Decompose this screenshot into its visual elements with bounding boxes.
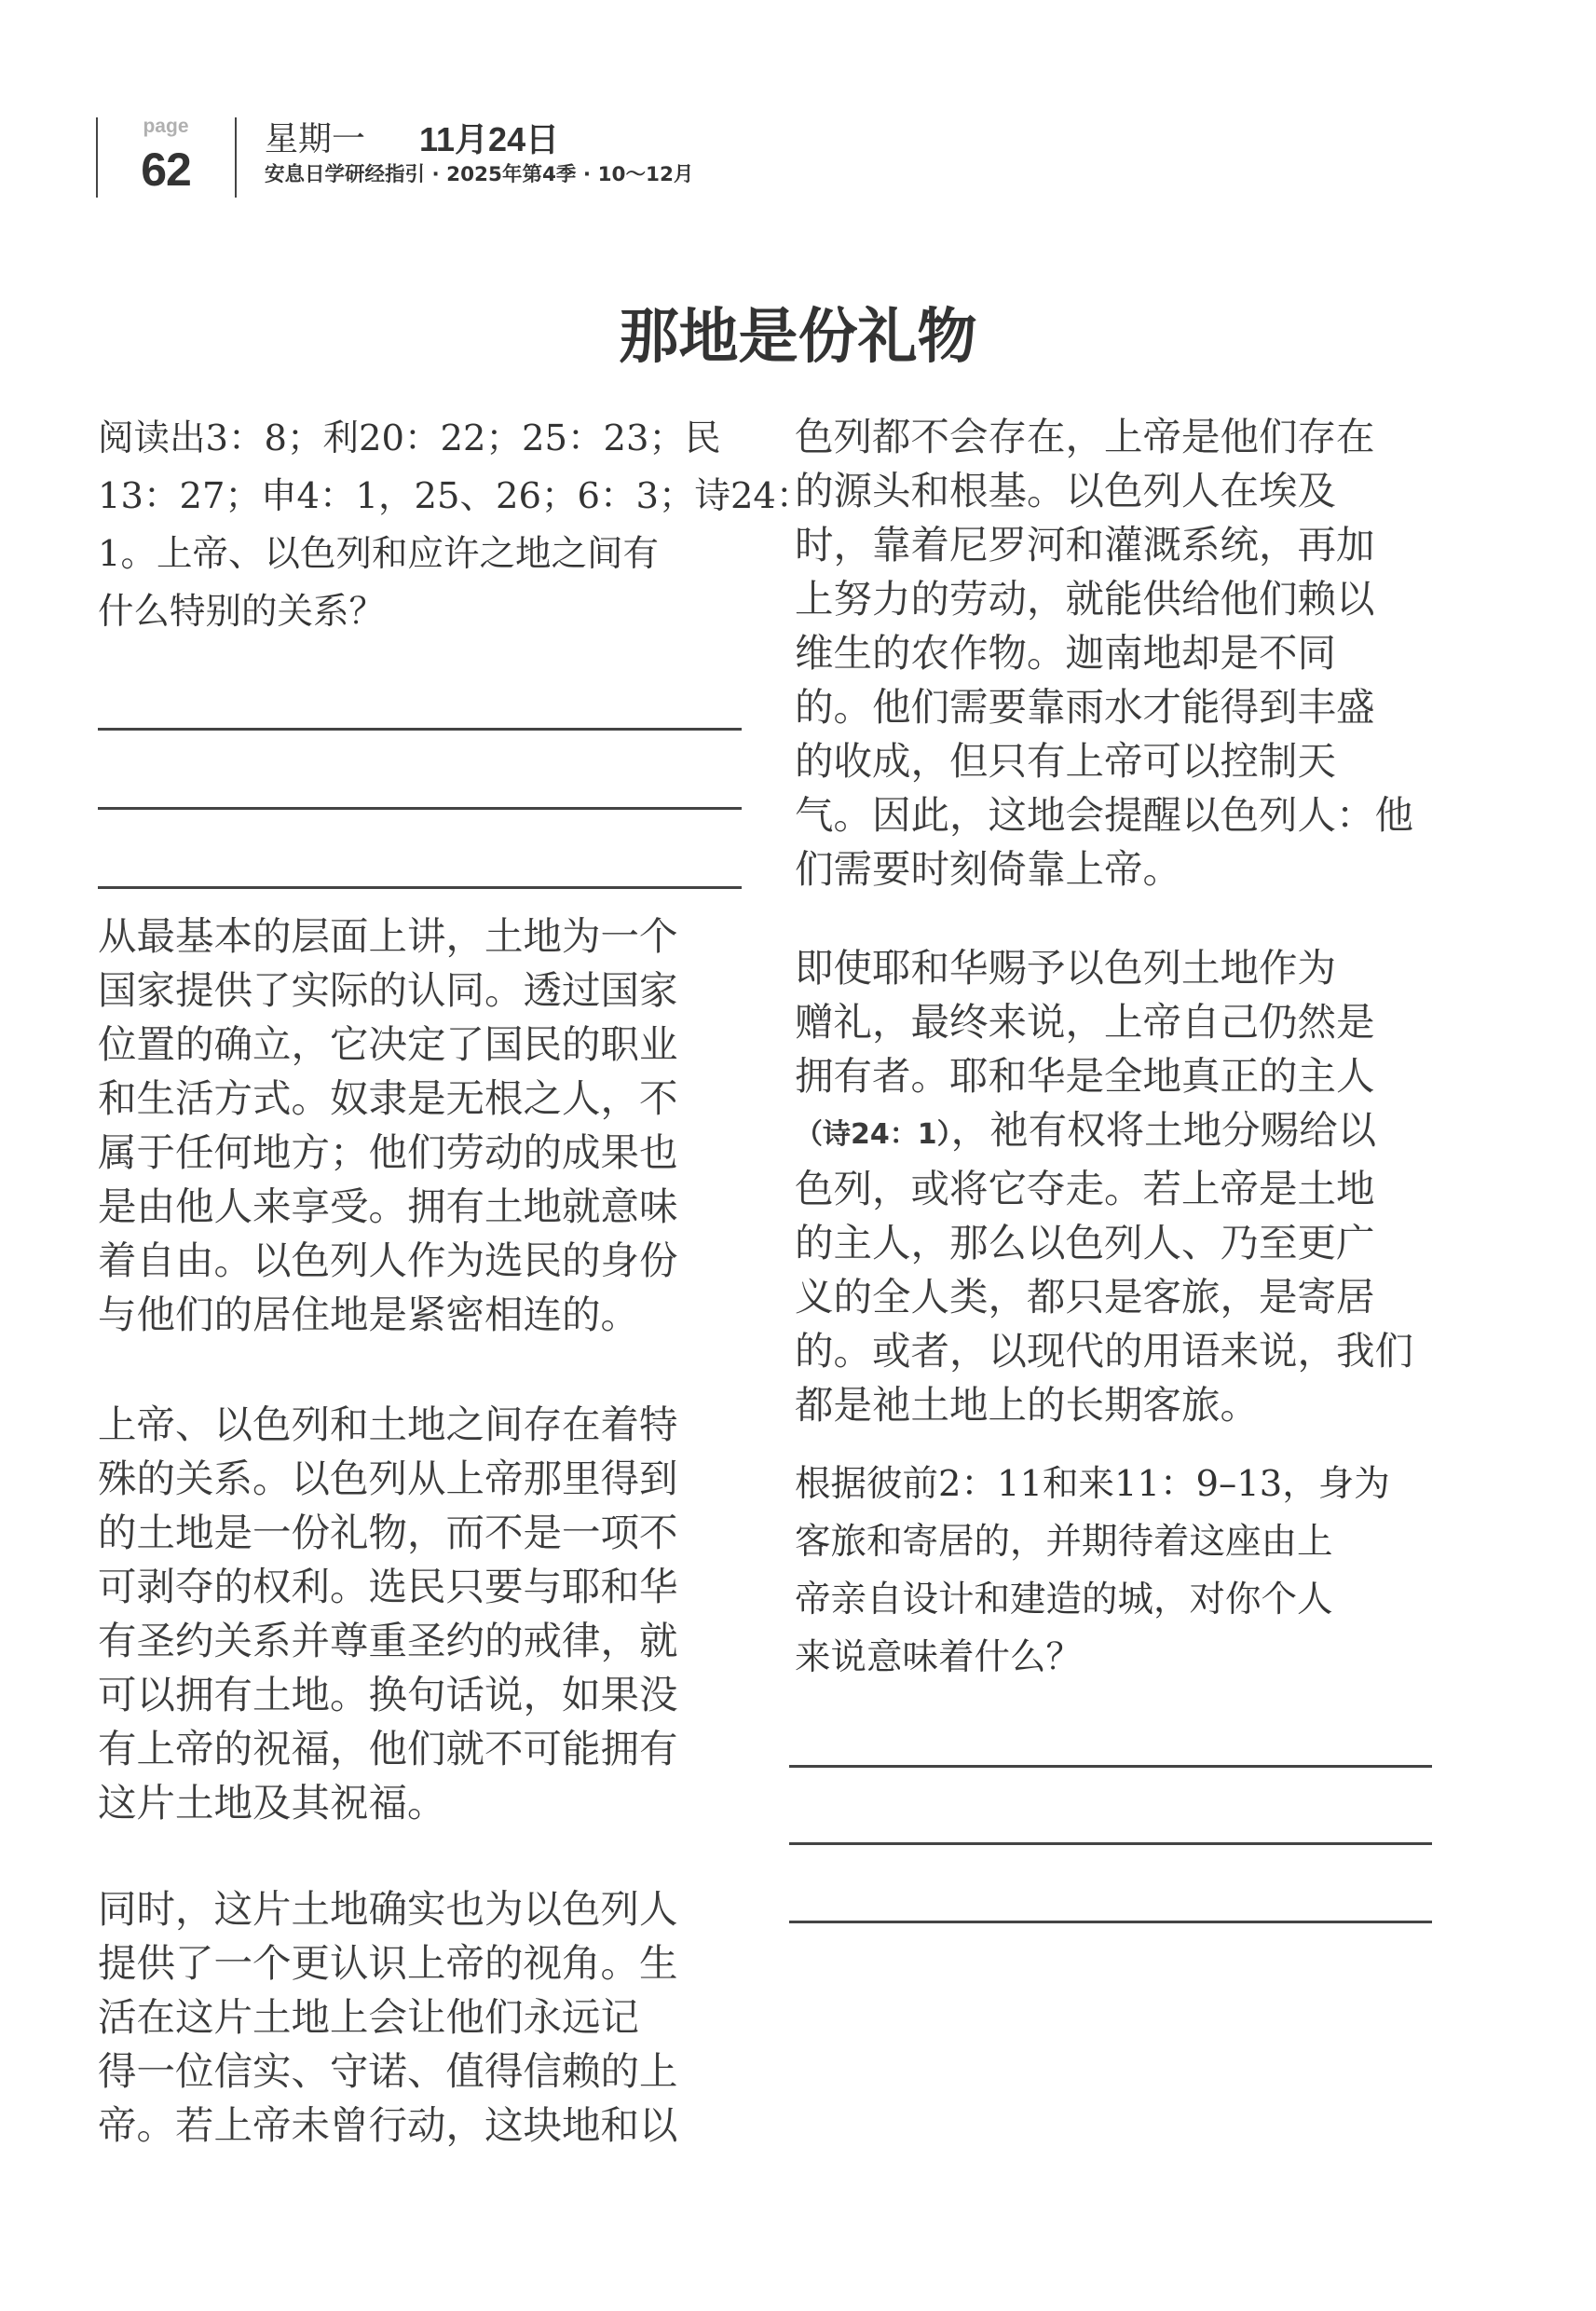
paragraph-line: 位置的确立，它决定了国民的职业	[98, 1018, 678, 1072]
paragraph-line: 可以拥有土地。换句话说，如果没	[98, 1668, 678, 1722]
paragraph-line: 维生的农作物。迦南地却是不同	[795, 626, 1413, 680]
paragraph-line: 们需要时刻倚靠上帝。	[795, 842, 1413, 896]
header-left-rule	[96, 117, 98, 198]
body-paragraph: 同时，这片土地确实也为以色列人 提供了一个更认识上帝的视角。生 活在这片土地上会…	[98, 1882, 678, 2153]
question-line: 客旅和寄居的，并期待着这座由上	[795, 1513, 1390, 1571]
body-paragraph: 色列都不会存在，上帝是他们存在 的源头和根基。以色列人在埃及 时，靠着尼罗河和灌…	[795, 410, 1413, 896]
publication-subtitle: 安息日学研经指引 · 2025年第4季 · 10～12月	[265, 162, 693, 188]
paragraph-line: （诗24：1），祂有权将土地分赐给以	[795, 1103, 1413, 1162]
body-paragraph: 上帝、以色列和土地之间存在着特 殊的关系。以色列从上帝那里得到 的土地是一份礼物…	[98, 1398, 678, 1830]
paragraph-line: 有上帝的祝福，他们就不可能拥有	[98, 1722, 678, 1776]
answer-line[interactable]	[98, 886, 742, 889]
paragraph-line: 上帝、以色列和土地之间存在着特	[98, 1398, 678, 1452]
paragraph-line: 与他们的居住地是紧密相连的。	[98, 1288, 678, 1342]
question-line: 什么特别的关系？	[98, 583, 812, 641]
paragraph-line: 即使耶和华赐予以色列土地作为	[795, 941, 1413, 995]
paragraph-line: 的土地是一份礼物，而不是一项不	[98, 1506, 678, 1560]
paragraph-line: 帝。若上帝未曾行动，这块地和以	[98, 2099, 678, 2153]
paragraph-line: 活在这片土地上会让他们永远记	[98, 1990, 678, 2044]
answer-line[interactable]	[789, 1765, 1432, 1768]
paragraph-line: 的源头和根基。以色列人在埃及	[795, 464, 1413, 518]
paragraph-line: 属于任何地方；他们劳动的成果也	[98, 1126, 678, 1180]
paragraph-line: 色列都不会存在，上帝是他们存在	[795, 410, 1413, 464]
date: 11月24日	[419, 119, 559, 160]
answer-line[interactable]	[98, 728, 742, 731]
paragraph-line: 和生活方式。奴隶是无根之人，不	[98, 1072, 678, 1126]
paragraph-line: 拥有者。耶和华是全地真正的主人	[795, 1049, 1413, 1103]
page-number: 62	[119, 144, 212, 196]
page-label: page	[119, 116, 212, 138]
paragraph-line: 都是祂土地上的长期客旅。	[795, 1378, 1413, 1432]
question-line: 来说意味着什么？	[795, 1629, 1390, 1687]
paragraph-line: 的主人，那么以色列人、乃至更广	[795, 1216, 1413, 1270]
paragraph-line: 这片土地及其祝福。	[98, 1776, 678, 1830]
reading-question: 阅读出3：8；利20：22；25：23；民 13：27；申4：1，25、26；6…	[98, 410, 812, 641]
paragraph-line: 国家提供了实际的认同。透过国家	[98, 964, 678, 1018]
paragraph-line: 有圣约关系并尊重圣约的戒律，就	[98, 1614, 678, 1668]
paragraph-line: 气。因此，这地会提醒以色列人：他	[795, 788, 1413, 842]
paragraph-line: 殊的关系。以色列从上帝那里得到	[98, 1452, 678, 1506]
question-line: 帝亲自设计和建造的城，对你个人	[795, 1571, 1390, 1629]
paragraph-line: 色列，或将它夺走。若上帝是土地	[795, 1162, 1413, 1216]
lesson-title: 那地是份礼物	[0, 300, 1596, 375]
answer-line[interactable]	[789, 1921, 1432, 1923]
paragraph-line: 时，靠着尼罗河和灌溉系统，再加	[795, 518, 1413, 572]
answer-line[interactable]	[789, 1842, 1432, 1845]
paragraph-line: 着自由。以色列人作为选民的身份	[98, 1234, 678, 1288]
reflection-question: 根据彼前2：11和来11：9–13，身为 客旅和寄居的，并期待着这座由上 帝亲自…	[795, 1456, 1390, 1687]
paragraph-line: 上努力的劳动，就能供给他们赖以	[795, 572, 1413, 626]
paragraph-line: 的收成，但只有上帝可以控制天	[795, 734, 1413, 788]
question-line: 13：27；申4：1，25、26；6：3；诗24：	[98, 468, 812, 526]
body-paragraph: 从最基本的层面上讲，土地为一个 国家提供了实际的认同。透过国家 位置的确立，它决…	[98, 909, 678, 1342]
weekday: 星期一	[265, 119, 365, 160]
paragraph-line: 赠礼，最终来说，上帝自己仍然是	[795, 995, 1413, 1049]
paragraph-line: 义的全人类，都只是客旅，是寄居	[795, 1270, 1413, 1324]
paragraph-line: 提供了一个更认识上帝的视角。生	[98, 1936, 678, 1990]
paragraph-line: 同时，这片土地确实也为以色列人	[98, 1882, 678, 1936]
paragraph-line: 是由他人来享受。拥有土地就意味	[98, 1180, 678, 1234]
paragraph-line: 可剥夺的权利。选民只要与耶和华	[98, 1560, 678, 1614]
header-divider-rule	[235, 117, 237, 198]
paragraph-line: 从最基本的层面上讲，土地为一个	[98, 909, 678, 964]
question-line: 根据彼前2：11和来11：9–13，身为	[795, 1456, 1390, 1513]
question-line: 1。上帝、以色列和应许之地之间有	[98, 526, 812, 583]
paragraph-line: 的。或者，以现代的用语来说，我们	[795, 1324, 1413, 1378]
paragraph-line: 的。他们需要靠雨水才能得到丰盛	[795, 680, 1413, 734]
question-line: 阅读出3：8；利20：22；25：23；民	[98, 410, 812, 468]
answer-line[interactable]	[98, 807, 742, 810]
body-paragraph: 即使耶和华赐予以色列土地作为 赠礼，最终来说，上帝自己仍然是 拥有者。耶和华是全…	[795, 941, 1413, 1432]
paragraph-line-text: ，祂有权将土地分赐给以	[951, 1107, 1377, 1153]
scripture-reference: （诗24：1）	[795, 1118, 951, 1151]
paragraph-line: 得一位信实、守诺、值得信赖的上	[98, 2044, 678, 2099]
